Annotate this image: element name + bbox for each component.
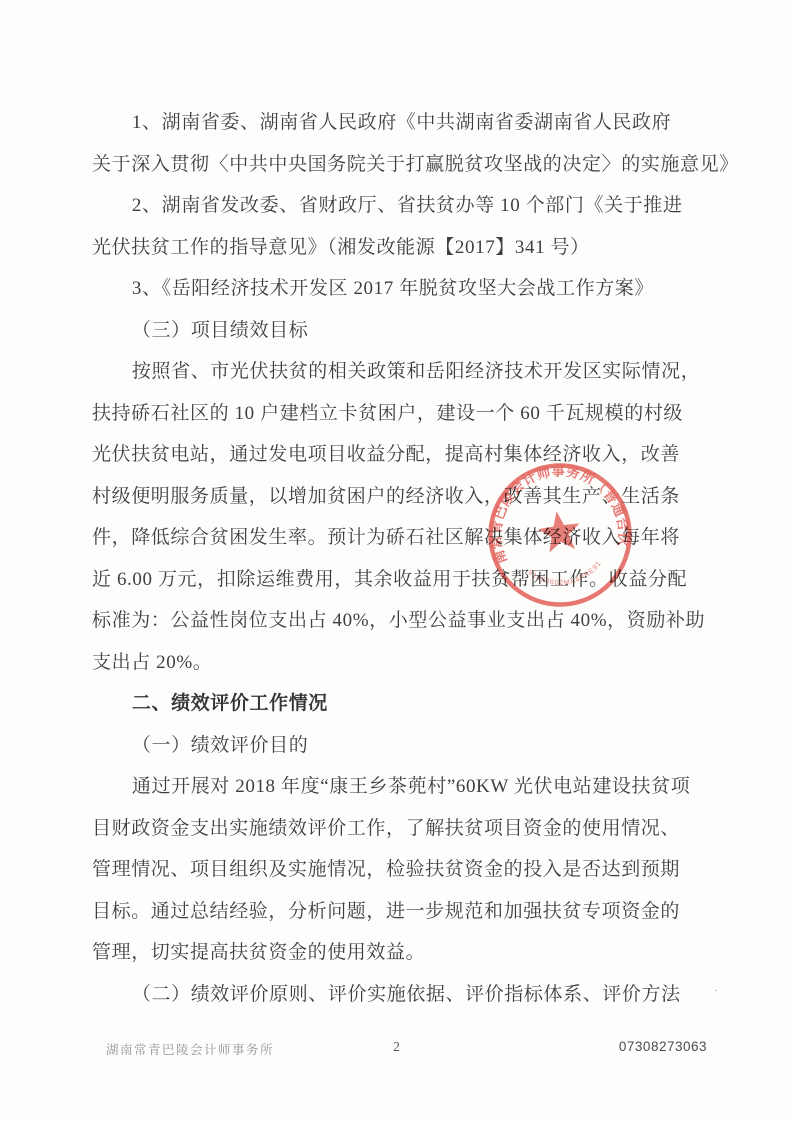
text-line: （二）绩效评价原则、评价实施依据、评价指标体系、评价方法	[92, 974, 706, 1016]
text-line: 光伏扶贫电站，通过发电项目收益分配，提高村集体经济收入，改善	[92, 434, 706, 476]
text-line: 3、《岳阳经济技术开发区 2017 年脱贫攻坚大会战工作方案》	[92, 268, 706, 310]
stray-mark: ·	[714, 985, 718, 997]
text-line: 通过开展对 2018 年度“康王乡茶蔸村”60KW 光伏电站建设扶贫项	[92, 766, 706, 808]
text-line: 件，降低综合贫困发生率。预计为硚石社区解决集体经济收入每年将	[92, 517, 706, 559]
text-line: 关于深入贯彻〈中共中央国务院关于打赢脱贫攻坚战的决定〉的实施意见》	[92, 144, 706, 186]
text-line: 支出占 20%。	[92, 642, 706, 684]
text-line: （三）项目绩效目标	[92, 310, 706, 352]
document-body: 1、湖南省委、湖南省人民政府《中共湖南省委湖南省人民政府关于深入贯彻〈中共中央国…	[92, 102, 706, 1015]
text-line: 1、湖南省委、湖南省人民政府《中共湖南省委湖南省人民政府	[92, 102, 706, 144]
text-line: 按照省、市光伏扶贫的相关政策和岳阳经济技术开发区实际情况，	[92, 351, 706, 393]
text-line: 近 6.00 万元，扣除运维费用，其余收益用于扶贫帮困工作。收益分配	[92, 559, 706, 601]
text-line: 管理情况、项目组织及实施情况，检验扶贫资金的投入是否达到预期	[92, 849, 706, 891]
text-line: 管理，切实提高扶贫资金的使用效益。	[92, 932, 706, 974]
text-line: 目财政资金支出实施绩效评价工作，了解扶贫项目资金的使用情况、	[92, 808, 706, 850]
text-line: 村级便明服务质量，以增加贫困户的经济收入，改善其生产、生活条	[92, 476, 706, 518]
document-page: 1、湖南省委、湖南省人民政府《中共湖南省委湖南省人民政府关于深入贯彻〈中共中央国…	[0, 0, 793, 1121]
text-line: 标准为：公益性岗位支出占 40%，小型公益事业支出占 40%，资励补助	[92, 600, 706, 642]
text-line: 光伏扶贫工作的指导意见》（湘发改能源【2017】341 号）	[92, 227, 706, 269]
text-line: （一）绩效评价目的	[92, 725, 706, 767]
text-line: 2、湖南省发改委、省财政厅、省扶贫办等 10 个部门《关于推进	[92, 185, 706, 227]
text-line: 目标。通过总结经验，分析问题，进一步规范和加强扶贫专项资金的	[92, 891, 706, 933]
footer-phone-number: 07308273063	[619, 1039, 707, 1054]
page-footer: 湖南常青巴陵会计师事务所 2 07308273063	[0, 1038, 793, 1062]
text-line: 二、绩效评价工作情况	[92, 683, 706, 725]
text-line: 扶持硚石社区的 10 户建档立卡贫困户，建设一个 60 千瓦规模的村级	[92, 393, 706, 435]
